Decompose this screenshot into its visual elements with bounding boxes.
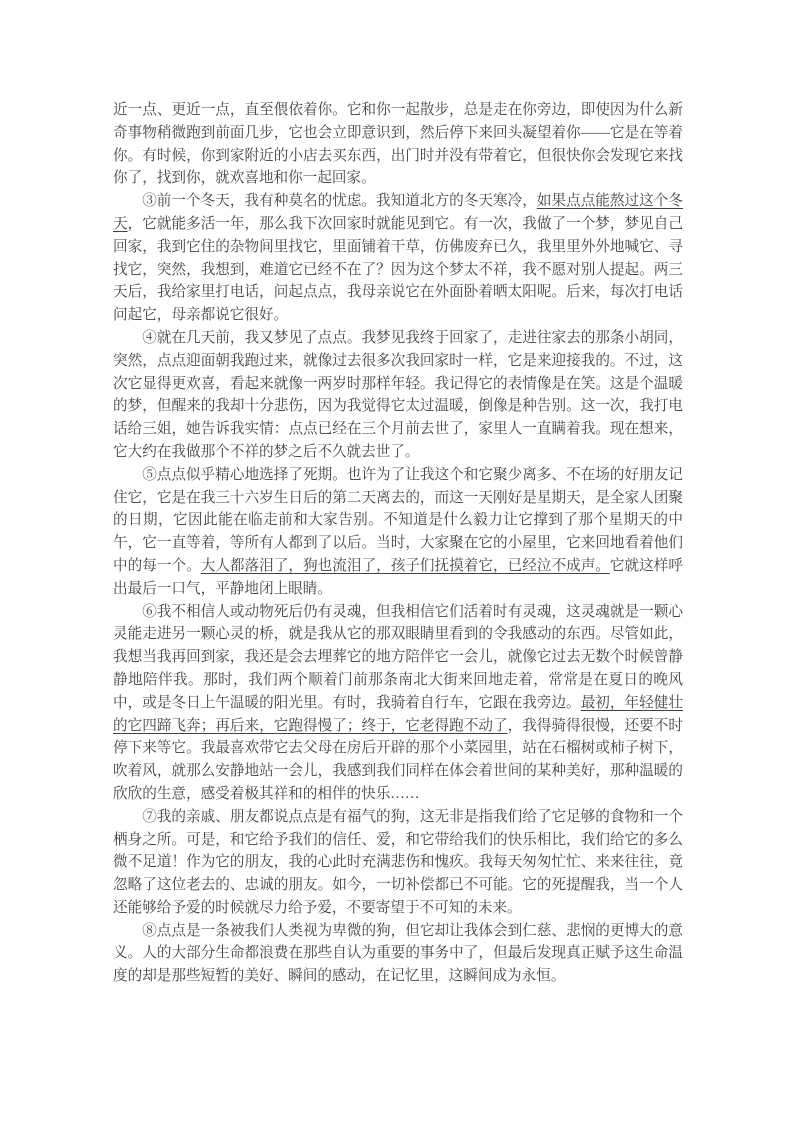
- paragraph-5: ⑥我不相信人或动物死后仍有灵魂，但我相信它们活着时有灵魂，这灵魂就是一颗心灵能走…: [113, 601, 683, 806]
- text-run: ⑧点点是一条被我们人类视为卑微的狗，但它却让我体会到仁慈、悲悯的更博大的意义。人…: [113, 923, 683, 985]
- underlined-text-run: 大人都落泪了，狗也流泪了，孩子们抚摸着它，已经泣不成声。: [201, 558, 610, 574]
- text-run: ⑦我的亲戚、朋友都说点点是有福气的狗，这无非是指我们给了它足够的食物和一个栖身之…: [113, 809, 683, 916]
- text-run: 近一点、更近一点，直至偎依着你。它和你一起散步，总是走在你旁边，即使因为什么新奇…: [113, 102, 683, 186]
- text-run: ③前一个冬天，我有种莫名的忧虑。我知道北方的冬天寒冷，: [142, 193, 537, 209]
- paragraph-3: ④就在几天前，我又梦见了点点。我梦见我终于回家了，走进往家去的那条小胡同，突然，…: [113, 327, 683, 464]
- document-page: 近一点、更近一点，直至偎依着你。它和你一起散步，总是走在你旁边，即使因为什么新奇…: [0, 0, 794, 1123]
- text-run: ④就在几天前，我又梦见了点点。我梦见我终于回家了，走进往家去的那条小胡同，突然，…: [113, 330, 683, 460]
- paragraph-1: 近一点、更近一点，直至偎依着你。它和你一起散步，总是走在你旁边，即使因为什么新奇…: [113, 99, 683, 190]
- text-run: ，它就能多活一年，那么我下次回家时就能见到它。有一次，我做了一个梦，梦见自己回家…: [113, 216, 683, 323]
- paragraph-6: ⑦我的亲戚、朋友都说点点是有福气的狗，这无非是指我们给了它足够的食物和一个栖身之…: [113, 806, 683, 920]
- paragraph-7: ⑧点点是一条被我们人类视为卑微的狗，但它却让我体会到仁慈、悲悯的更博大的意义。人…: [113, 920, 683, 988]
- paragraph-2: ③前一个冬天，我有种莫名的忧虑。我知道北方的冬天寒冷，如果点点能熬过这个冬天，它…: [113, 190, 683, 327]
- document-body: 近一点、更近一点，直至偎依着你。它和你一起散步，总是走在你旁边，即使因为什么新奇…: [113, 99, 683, 988]
- paragraph-4: ⑤点点似乎精心地选择了死期。也许为了让我这个和它聚少离多、不在场的好朋友记住它，…: [113, 464, 683, 601]
